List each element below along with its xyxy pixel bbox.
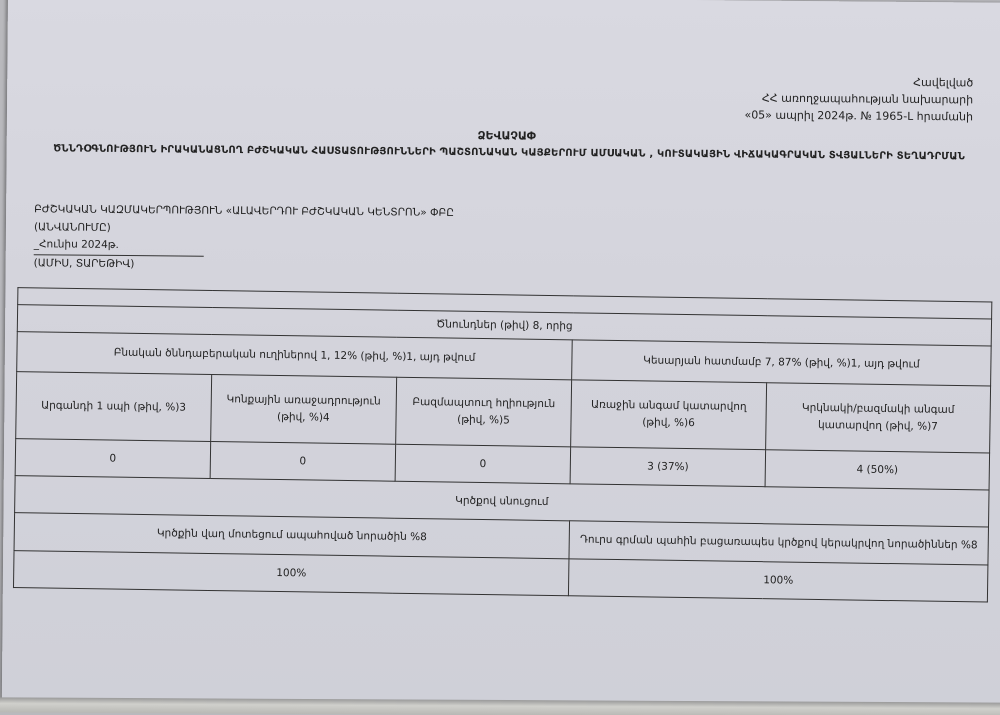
column-header: Արգանդի 1 սպի (թիվ, %)3 xyxy=(16,372,212,442)
approval-line-2: ՀՀ առողջապահության նախարարի xyxy=(745,89,974,108)
statistics-table: Ծնունդներ (թիվ) 8, որից Բնական ծննդաբերա… xyxy=(13,287,992,602)
approval-line-3: «05» ապրիլ 2024թ. № 1965-Լ հրամանի xyxy=(744,106,973,125)
report-date-caption: (ԱՄԻՍ, ՏԱՐԵԹԻՎ) xyxy=(34,255,454,276)
report-date: _Հունիս 2024թ. xyxy=(34,236,204,256)
document-page: Հավելված ՀՀ առողջապահության նախարարի «05… xyxy=(2,0,1000,715)
bf-value-cell: 100% xyxy=(13,551,569,596)
approval-line-1: Հավելված xyxy=(745,72,974,91)
value-cell: 0 xyxy=(395,444,571,484)
bf-column-header: Դուրս գրման պահին բացառապես կրծքով կերակ… xyxy=(569,521,988,565)
value-cell: 0 xyxy=(210,441,396,481)
value-cell: 4 (50%) xyxy=(765,450,990,490)
value-cell: 0 xyxy=(15,439,210,479)
column-header: Բազմապտուղ հղիություն (թիվ, %)5 xyxy=(395,377,571,447)
cesarean-header: Կեսարյան հատմամբ 7, 87% (թիվ, %)1, այդ թ… xyxy=(572,340,991,386)
column-header: Առաջին անգամ կատարվող (թիվ, %)6 xyxy=(571,380,767,450)
approval-stamp: Հավելված ՀՀ առողջապահության նախարարի «05… xyxy=(744,72,973,125)
organization-block: ԲԺՇԿԱԿԱՆ ԿԱԶՄԱԿԵՐՊՈՒԹՅՈՒՆ «ԱԼԱՎԵՐԴՈՒ ԲԺՇ… xyxy=(34,201,454,276)
column-header: Կոնքային առաջադրություն (թիվ, %)4 xyxy=(210,374,396,444)
bf-value-cell: 100% xyxy=(569,559,988,602)
column-header: Կրկնակի/բազմակի անգամ կատարվող (թիվ, %)7 xyxy=(766,383,991,453)
value-cell: 3 (37%) xyxy=(570,447,765,487)
